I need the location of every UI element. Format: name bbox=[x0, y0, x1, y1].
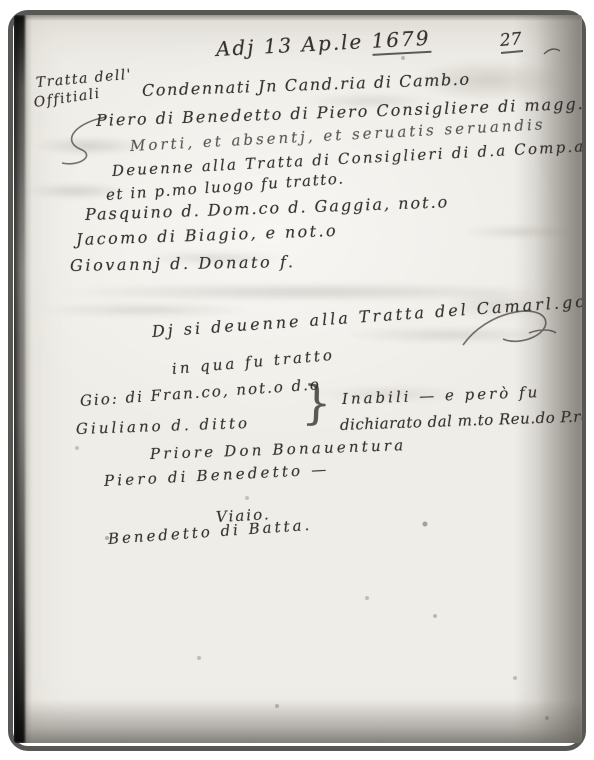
scanned-page: 27 Adj 13 Ap.le 1679 Tratta dell' Offiti… bbox=[14, 15, 582, 743]
manuscript-line: Piero di Benedetto — bbox=[104, 460, 330, 490]
manuscript-line: Giuliano d. ditto bbox=[76, 414, 251, 438]
manuscript-line: Jacomo di Biagio, e not.o bbox=[76, 221, 339, 249]
date-heading: Adj 13 Ap.le 1679 bbox=[215, 26, 431, 61]
brace-glyph: } bbox=[301, 375, 332, 430]
manuscript-line: Benedetto di Batta. bbox=[107, 516, 312, 548]
manuscript-scan: 27 Adj 13 Ap.le 1679 Tratta dell' Offiti… bbox=[0, 0, 594, 760]
tail-flourish bbox=[459, 303, 559, 355]
manuscript-line: in qua fu tratto bbox=[171, 346, 335, 378]
paper-specks bbox=[14, 15, 16, 17]
manuscript-line: Giovannj d. Donato f. bbox=[70, 252, 296, 275]
manuscript-line: Priore Don Bonauentura bbox=[150, 436, 407, 463]
book-gutter-shadow bbox=[14, 15, 25, 743]
page-number-flourish bbox=[542, 45, 562, 57]
date-year: 1679 bbox=[371, 26, 431, 56]
page-number: 27 bbox=[499, 29, 522, 51]
page-number-value: 27 bbox=[499, 29, 523, 54]
manuscript-line: Gio: di Fran.co, not.o d.o bbox=[79, 375, 321, 410]
bleed-through-smudge bbox=[464, 225, 574, 239]
bleed-through-smudge bbox=[39, 303, 249, 317]
date-prefix: Adj 13 Ap.le bbox=[215, 29, 364, 61]
